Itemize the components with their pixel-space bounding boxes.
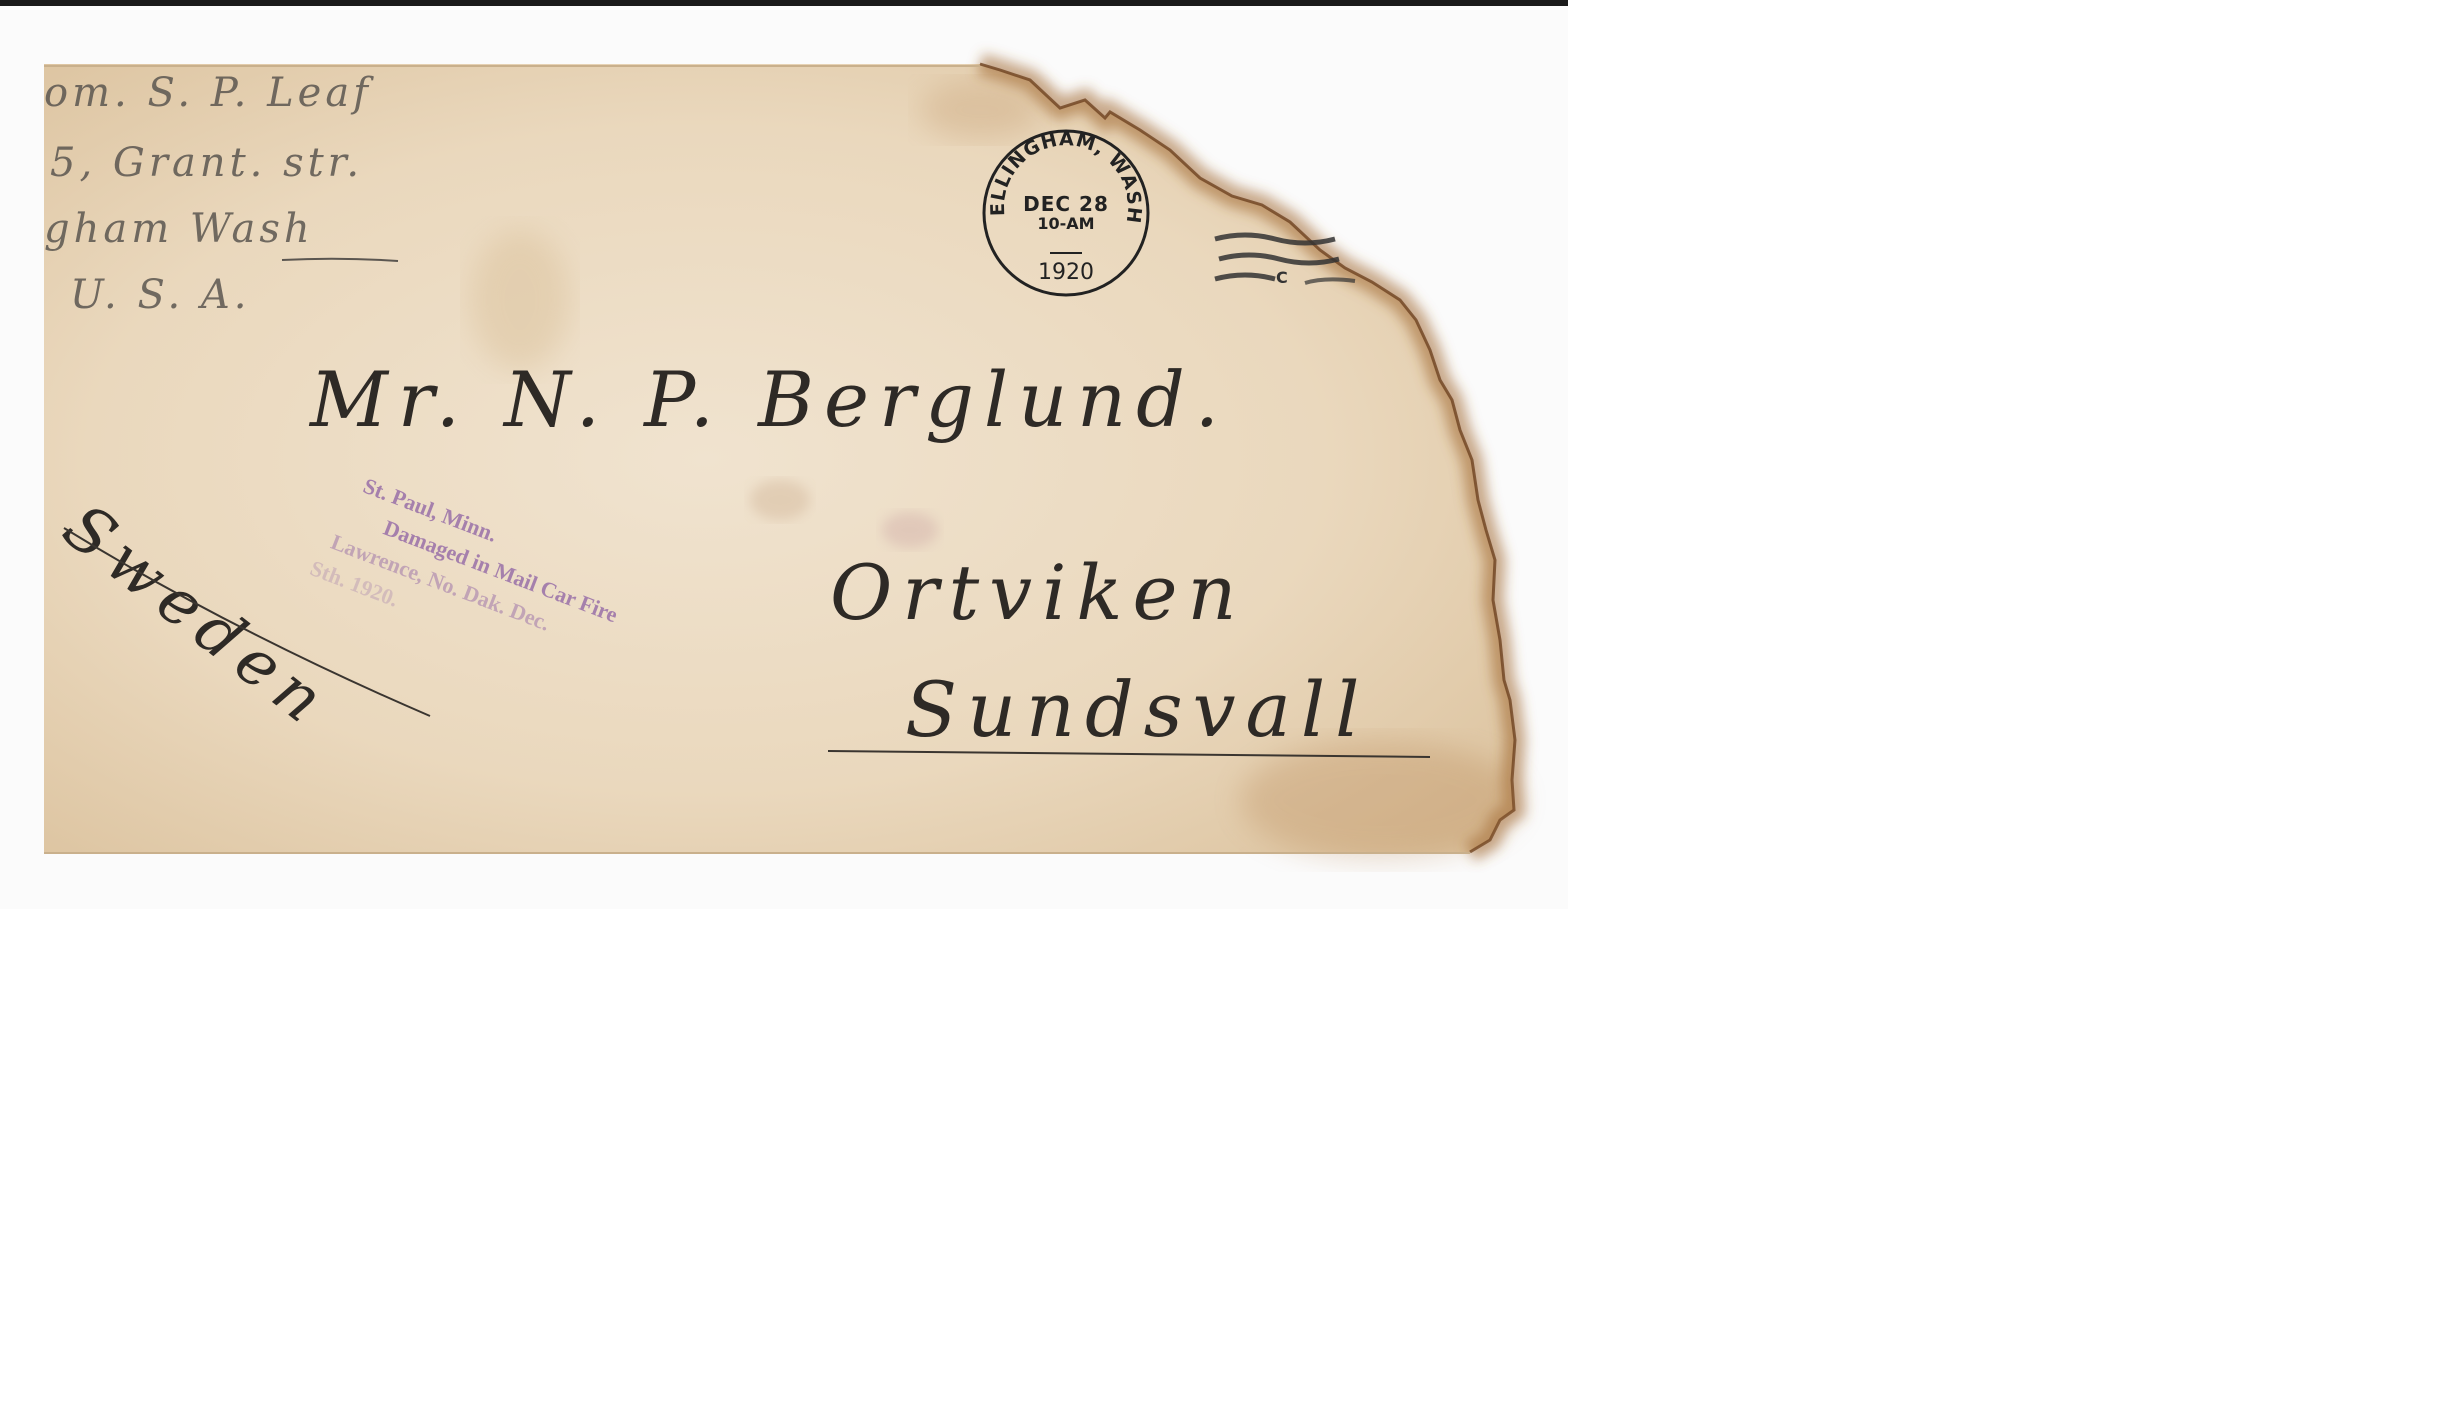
cancellation-lines-icon [1205, 225, 1365, 305]
postmark-date: DEC 28 [1023, 193, 1109, 215]
postmark-center: DEC 28 10-AM [1023, 193, 1109, 233]
envelope-paper [0, 0, 1568, 909]
postmark-year: 1920 [1038, 260, 1094, 285]
sender-line-4: U. S. A. [70, 272, 250, 318]
postmark: BELLINGHAM, WASH. DEC 28 10-AM 1920 [980, 127, 1152, 299]
sender-line-2: 5, Grant. str. [50, 140, 363, 186]
sender-underline [280, 255, 400, 265]
addressee-city: Sundsvall [905, 665, 1369, 754]
postmark-time: 10-AM [1023, 215, 1109, 233]
addressee-name: Mr. N. P. Berglund. [310, 355, 1229, 444]
addressee-place: Ortviken [830, 548, 1246, 637]
sender-line-3: gham Wash [44, 206, 314, 252]
sender-line-1: om. S. P. Leaf [44, 70, 372, 116]
cancellation-letter: C [1276, 268, 1288, 287]
city-underline [820, 745, 1440, 765]
